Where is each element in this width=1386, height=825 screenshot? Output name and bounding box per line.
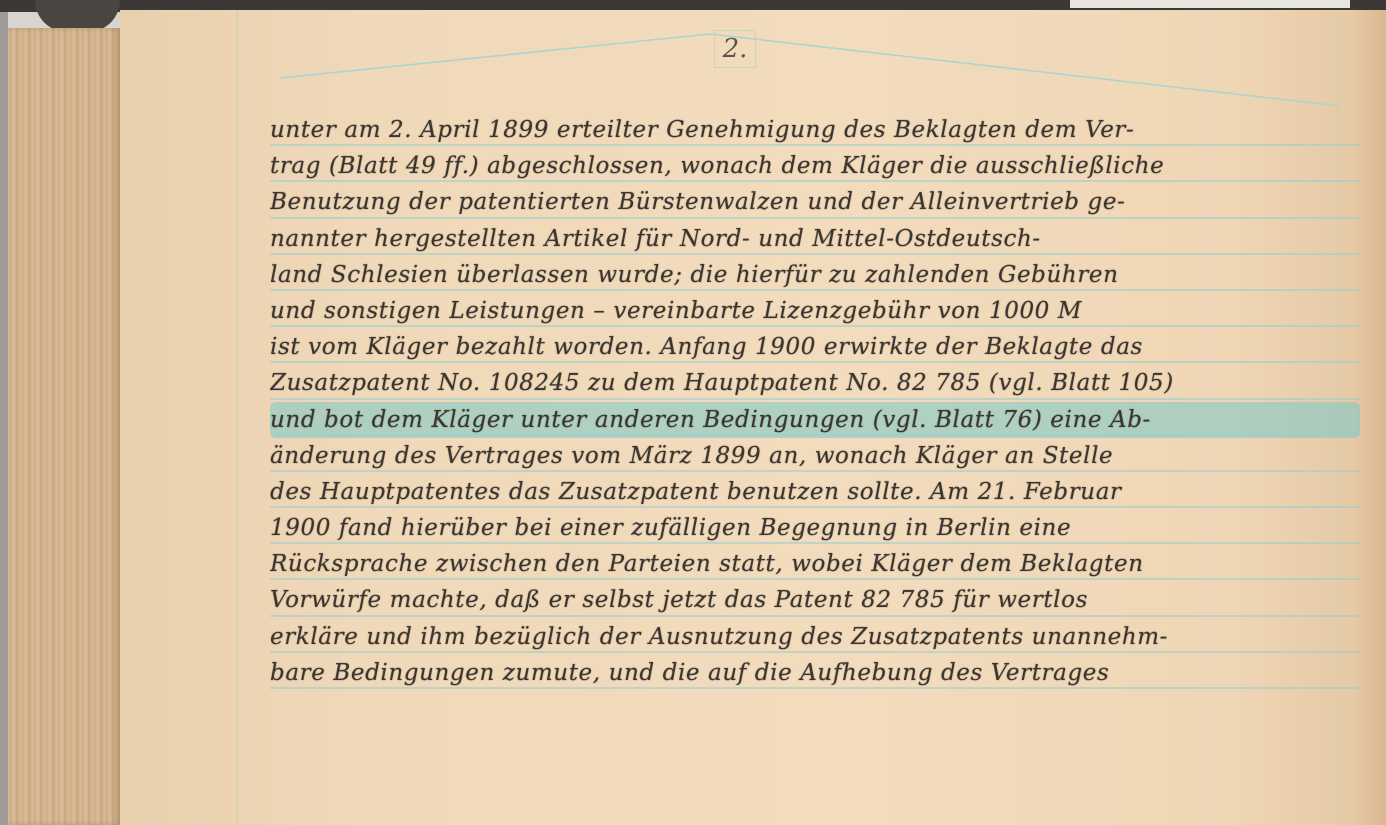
scanner-top-light-strip <box>1070 0 1350 8</box>
text-line: Vorwürfe machte, daß er selbst jetzt das… <box>270 582 1360 618</box>
text-line: nannter hergestellten Artikel für Nord- … <box>270 221 1360 257</box>
header-guide-line <box>280 28 1350 108</box>
text-line: änderung des Vertrages vom März 1899 an,… <box>270 438 1360 474</box>
page-number: 2. <box>714 30 756 68</box>
text-line: bare Bedingungen zumute, und die auf die… <box>270 655 1360 691</box>
text-line: Rücksprache zwischen den Parteien statt,… <box>270 546 1360 582</box>
page-right-edge <box>1356 10 1386 825</box>
left-margin-rule <box>237 10 238 825</box>
scanner-left-border <box>0 12 8 825</box>
text-line: Zusatzpatent No. 108245 zu dem Hauptpate… <box>270 365 1360 401</box>
text-line: trag (Blatt 49 ff.) abgeschlossen, wonac… <box>270 148 1360 184</box>
highlighted-text-line: und bot dem Kläger unter anderen Bedingu… <box>270 402 1360 438</box>
book-page-edges <box>8 28 120 825</box>
text-line: 1900 fand hierüber bei einer zufälligen … <box>270 510 1360 546</box>
text-line: des Hauptpatentes das Zusatzpatent benut… <box>270 474 1360 510</box>
text-line: und sonstigen Leistungen – vereinbarte L… <box>270 293 1360 329</box>
text-line: Benutzung der patentierten Bürstenwalzen… <box>270 184 1360 220</box>
text-line: erkläre und ihm bezüglich der Ausnutzung… <box>270 619 1360 655</box>
handwritten-text-body: unter am 2. April 1899 erteilter Genehmi… <box>270 112 1360 691</box>
text-line: unter am 2. April 1899 erteilter Genehmi… <box>270 112 1360 148</box>
text-line: land Schlesien überlassen wurde; die hie… <box>270 257 1360 293</box>
text-line: ist vom Kläger bezahlt worden. Anfang 19… <box>270 329 1360 365</box>
